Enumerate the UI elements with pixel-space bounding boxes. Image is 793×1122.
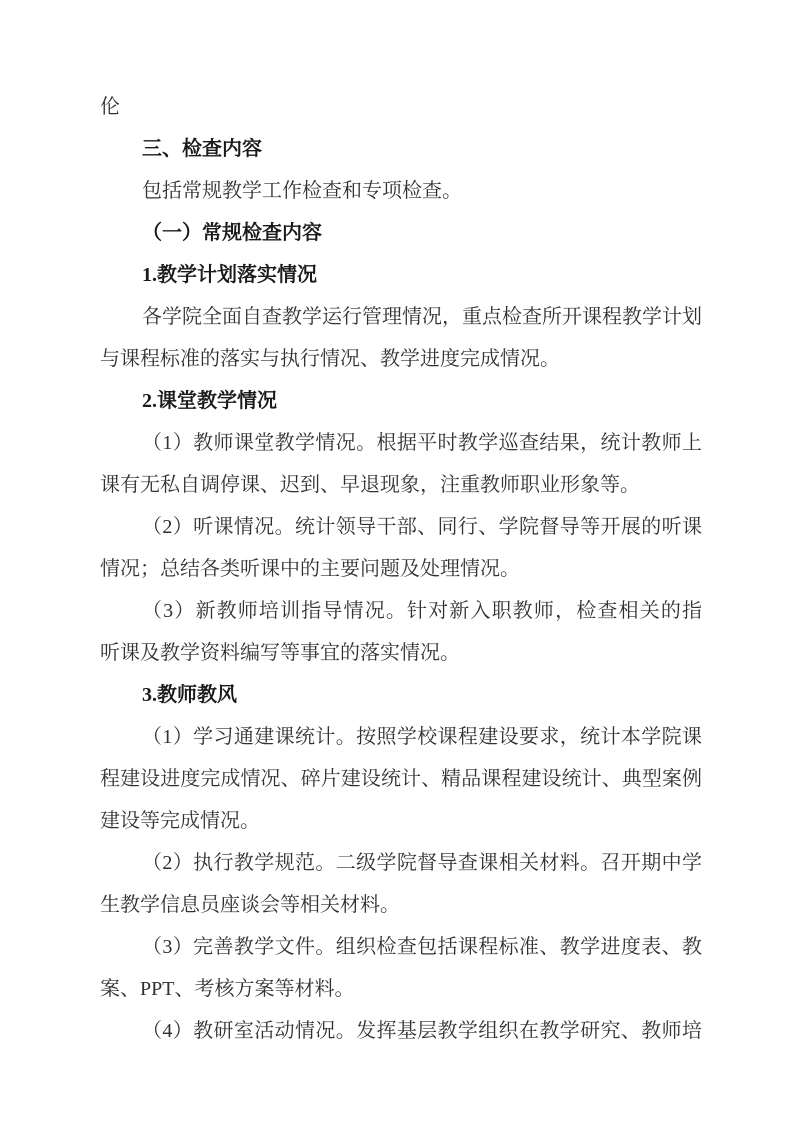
paragraph-line: 各学院全面自查教学运行管理情况，重点检查所开课程教学计划 [100, 296, 702, 338]
paragraph-line: （3）新教师培训指导情况。针对新入职教师，检查相关的指导、 [100, 590, 702, 632]
paragraph-line: （2）执行教学规范。二级学院督导查课相关材料。召开期中学 [100, 842, 702, 884]
paragraph-line: 建设等完成情况。 [100, 800, 702, 842]
document-page: 伦 三、检查内容 包括常规教学工作检查和专项检查。 （一）常规检查内容 1.教学… [0, 0, 793, 1122]
paragraph-line: （3）完善教学文件。组织检查包括课程标准、教学进度表、教 [100, 926, 702, 968]
item-heading-2: 2.课堂教学情况 [100, 380, 702, 422]
paragraph-line: 听课及教学资料编写等事宜的落实情况。 [100, 632, 702, 674]
paragraph-line: 程建设进度完成情况、碎片建设统计、精品课程建设统计、典型案例 [100, 758, 702, 800]
paragraph-line: 案、PPT、考核方案等材料。 [100, 968, 702, 1010]
document-text-block: 伦 三、检查内容 包括常规教学工作检查和专项检查。 （一）常规检查内容 1.教学… [100, 86, 702, 1052]
orphan-text-line: 伦 [100, 86, 702, 128]
paragraph-line: 生教学信息员座谈会等相关材料。 [100, 884, 702, 926]
item-heading-1: 1.教学计划落实情况 [100, 254, 702, 296]
paragraph-line: （2）听课情况。统计领导干部、同行、学院督导等开展的听课 [100, 506, 702, 548]
subsection-heading-1: （一）常规检查内容 [100, 212, 702, 254]
item-heading-3: 3.教师教风 [100, 674, 702, 716]
paragraph-line: 与课程标准的落实与执行情况、教学进度完成情况。 [100, 338, 702, 380]
paragraph-line: （1）教师课堂教学情况。根据平时教学巡查结果，统计教师上 [100, 422, 702, 464]
section-heading-3: 三、检查内容 [100, 128, 702, 170]
paragraph-line: （1）学习通建课统计。按照学校课程建设要求，统计本学院课 [100, 716, 702, 758]
paragraph-line: 包括常规教学工作检查和专项检查。 [100, 170, 702, 212]
paragraph-line: 课有无私自调停课、迟到、早退现象，注重教师职业形象等。 [100, 464, 702, 506]
paragraph-line: （4）教研室活动情况。发挥基层教学组织在教学研究、教师培 [100, 1010, 702, 1052]
paragraph-line: 情况；总结各类听课中的主要问题及处理情况。 [100, 548, 702, 590]
